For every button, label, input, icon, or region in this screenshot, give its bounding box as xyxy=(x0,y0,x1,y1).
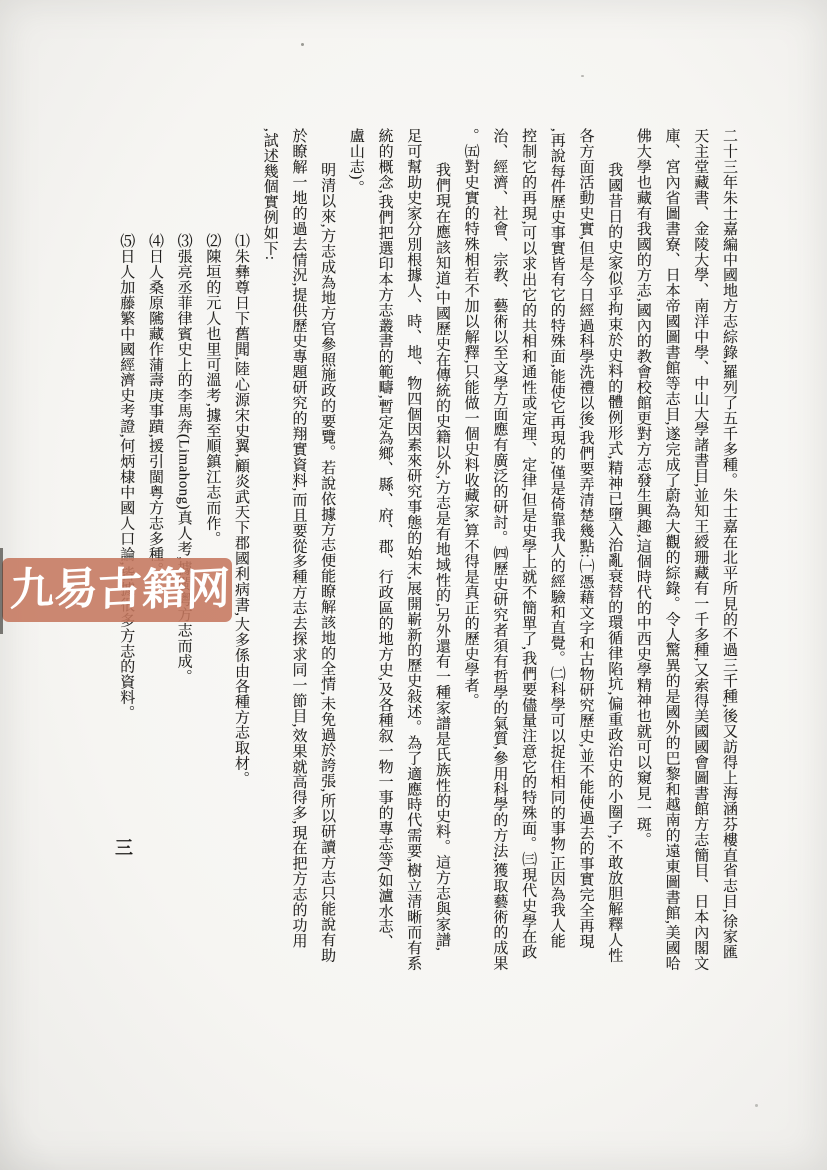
text-column: 天主堂藏書、金陵大學、南洋中學、中山大學諸書目,並知王綬珊藏有一千多種,又索得美… xyxy=(686,128,715,1058)
text-column: ,試述幾個實例如下: xyxy=(255,128,284,1058)
watermark-char: 九 xyxy=(10,567,55,613)
text-column: 二十三年朱士嘉編中國地方志綜錄,羅列了五千多種。朱士嘉在北平所見的不過三千種,後… xyxy=(714,128,743,1058)
watermark-badge: 九易古籍网 xyxy=(2,558,232,622)
text-column: 各方面活動史實,但是今日經過科學洗禮以後,我們要弄清楚幾點:㈠憑藉文字和古物研究… xyxy=(571,128,600,1058)
scan-speck xyxy=(581,75,584,77)
watermark-char: 籍 xyxy=(142,567,187,613)
text-column: 統的概念,我們把選印本方志叢書的範疇,暫定為鄉、縣、府、郡、行政區的地方史,及各… xyxy=(370,128,399,1058)
text-column: 明清以來,方志成為地方官參照施政的要覽。若說依據方志便能瞭解該地的全情,未免過於… xyxy=(312,128,341,1058)
page-number: 三 xyxy=(110,838,136,858)
scan-speck xyxy=(301,43,304,46)
text-column: 盧山志)。 xyxy=(341,128,370,1058)
scan-speck xyxy=(755,1104,758,1107)
page-edge-shadow xyxy=(0,548,3,634)
text-column: 治、經濟、社會、宗教、藝術以至文學方面應有廣泛的研討。㈣歷史研究者須有哲學的氣質… xyxy=(485,128,514,1058)
text-column: ,再說每件歷史事實皆有它的特殊面,能使它再現的,僅是倚靠我人的經驗和直覺。㈡科學… xyxy=(542,128,571,1058)
text-column: 庫、宮內省圖書寮、日本帝國圖書館等志目,遂完成了蔚為大觀的綜錄。令人驚異的是國外… xyxy=(657,128,686,1058)
scanned-book-page: 二十三年朱士嘉編中國地方志綜錄,羅列了五千多種。朱士嘉在北平所見的不過三千種,後… xyxy=(0,0,827,1170)
text-column: 佛大學也藏有我國的方志,國內的教會校館更對方志發生興趣,這個時代的中西史學精神也… xyxy=(628,128,657,1058)
watermark-char: 古 xyxy=(98,567,143,613)
text-column: 我國昔日的史家似乎拘束於史料的體例形式,精神已墮入治亂衰替的環循律陷坑,偏重政治… xyxy=(599,128,628,1058)
text-column: 控制它的再現,可以求出它的共相和通性或定理、定律,但是史學上就不簡單了,我們要儘… xyxy=(513,128,542,1058)
watermark-char: 易 xyxy=(54,567,99,613)
text-column: 。㈤對史實的特殊相若不加以解釋,只能做一個史料收藏家,算不得是真正的歷史學者。 xyxy=(456,128,485,1058)
text-column: 我們現在應該知道,中國歷史在傳統的史籍以外,方志是有地域性的,另外還有一種家譜是… xyxy=(427,128,456,1058)
watermark-char: 网 xyxy=(186,567,231,613)
text-column: 於瞭解一地的過去情況,提供歷史專題研究的翔實資料,而且要從多種方志去探求同一節目… xyxy=(284,128,313,1058)
text-column: 足可幫助史家分別根據人、時、地、物四個因素來研究事態的始末,展開嶄新的歷史敍述。… xyxy=(399,128,428,1058)
